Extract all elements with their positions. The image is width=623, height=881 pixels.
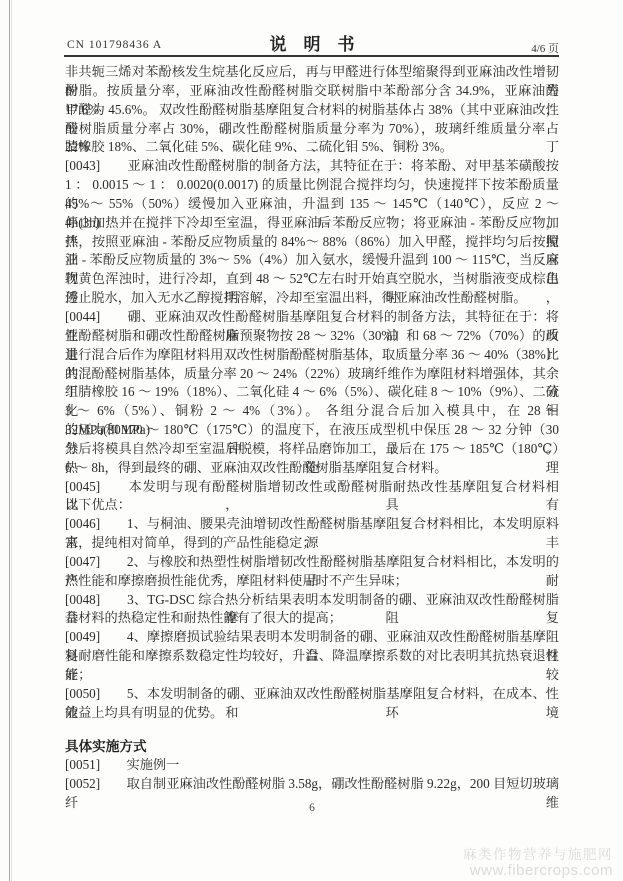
text-line: 油 - 苯酚反应物质量的 3%～ 5%（4%）加入氨水，缓慢升温到 100 ～ … (65, 251, 559, 270)
scan-edge-line-light (11, 0, 12, 881)
text-line: 丁腈橡胶 16 ～ 19%（18%）、二氧化硅 4 ～ 6%（5%）、碳化硅 8… (65, 383, 559, 402)
specification-body: 非共轭三烯对苯酚核发生烷基化反应后，再与甲醛进行体型缩聚得到亚麻油改性增韧酚醛 … (65, 63, 559, 794)
watermark: 麻类作物营养与施肥网 www.fibercrops.com (463, 848, 613, 879)
text-line: 3 ～ 6%（5%）、铜粉 2 ～ 4%（3%）。 各组分混合后加入模具中，在 … (65, 402, 559, 421)
section-heading-embodiments: 具体实施方式 (65, 738, 559, 757)
page-header: CN 101798436 A 说 明 书 4/6 页 (65, 30, 559, 54)
text-line: 停止脱水，加入无水乙醇搅拌溶解，冷却至室温出料，得亚麻油改性酚醛树脂。 (65, 289, 559, 308)
paragraph-0052-line: [0052] 取自制亚麻油改性酚醛树脂 3.58g，硼改性酚醛树脂 9.22g，… (65, 775, 559, 794)
text-line: 非共轭三烯对苯酚核发生烷基化反应后，再与甲醛进行体型缩聚得到亚麻油改性增韧酚醛 (65, 63, 559, 82)
scan-edge-line (9, 0, 10, 881)
watermark-site-name: 麻类作物营养与施肥网 (463, 848, 613, 863)
paragraph-0043-line: [0043] 亚麻油改性酚醛树脂的制备方法，其特征在于：将苯酚、对甲基苯磺酸按 (65, 157, 559, 176)
text-line: 现黄色浑浊时，进行冷却，直到 48 ～ 52℃左右时开始真空脱水，当树脂液变成棕… (65, 270, 559, 289)
paragraph-0046-line: [0046] 1、与桐油、腰果壳油增韧改性酚醛树脂基摩阻复合材料相比，本发明原料… (65, 515, 559, 534)
text-line: 的压力和 170 ～ 180℃（175℃）的温度下，在液压成型机中保压 28 ～… (65, 421, 559, 440)
watermark-site-url: www.fibercrops.com (463, 863, 613, 880)
page-number: 6 (309, 802, 315, 814)
text-line: 进行混合后作为摩阻材料用双改性树脂酚醛树脂基体，取质量分率 36 ～ 40%（3… (65, 346, 559, 365)
text-line: 1 ： 0.0015 ～ 1 ： 0.0020(0.0017) 的质量比例混合搅… (65, 176, 559, 195)
patent-specification-page: CN 101798436 A 说 明 书 4/6 页 非共轭三烯对苯酚核发生烷基… (0, 0, 623, 881)
text-line: 停止加热并在搅拌下冷却至室温，得亚麻油 - 苯酚反应物；将亚麻油 - 苯酚反应物… (65, 214, 559, 233)
paragraph-0044-line: [0044] 硼、亚麻油双改性酚醛树脂基摩阻复合材料的制备方法，其特征在于：将亚… (65, 308, 559, 327)
header-divider (64, 55, 559, 57)
text-line: 性酚醛树脂和硼改性酚醛树脂预聚物按 28 ～ 32%（30%）和 68 ～ 72… (65, 327, 559, 346)
paragraph-0045-line: [0045] 本发明与现有酚醛树脂增韧改性或酚醛树脂耐热改性基摩阻复合材料相比，… (65, 478, 559, 497)
paragraph-0049-line: [0049] 4、摩擦磨损试验结果表明本发明制备的硼、亚麻油双改性酚醛树脂基摩阻… (65, 628, 559, 647)
paragraph-0051-line: [0051] 实施例一 (65, 756, 559, 775)
text-line: 树脂。按质量分率，亚麻油改性酚醛树脂交联树脂中苯酚部分含 34.9%，亚麻油为 … (65, 82, 559, 101)
document-title: 说 明 书 (65, 30, 559, 55)
text-line: 料耐磨性能和摩擦系数稳定性均较好，升温、降温摩擦系数的对比表明其抗热衰退性能较 (65, 647, 559, 666)
text-line: 醛树脂质量分率占 30%，硼改性酚醛树脂质量分率为 70%），玻璃纤维质量分率占… (65, 120, 559, 139)
page-footer: 6 (65, 802, 559, 814)
text-line: 共混酚醛树脂基体，质量分率 20 ～ 24%（22%）玻璃纤维作为摩阻材料增强体… (65, 365, 559, 384)
paragraph-0047-line: [0047] 2、与橡胶和热塑性树脂增韧改性酚醛树脂基摩阻复合材料相比，本发明的… (65, 553, 559, 572)
text-line: 甲醛为 45.6%。 双改性酚醛树脂基摩阻复合材料的树脂基体占 38%（其中亚麻… (65, 101, 559, 120)
text-line: 拌，按照亚麻油 - 苯酚反应物质量的 84%～ 88%（86%）加入甲醛，搅拌均… (65, 233, 559, 252)
text-line: 然后将模具自然冷却至室温后脱模，将样品磨饰加工，最后在 175 ～ 185℃（1… (65, 440, 559, 459)
page-indicator: 4/6 页 (531, 40, 559, 56)
paragraph-0048-line: [0048] 3、TG-DSC 综合热分析结果表明本发明制备的硼、亚麻油双改性酚… (65, 591, 559, 610)
paragraph-0050-line: [0050] 5、本发明制备的硼、亚麻油双改性酚醛树脂基摩阻复合材料，在成本、性… (65, 685, 559, 704)
text-line: 45%～ 55%（50%）缓慢加入亚麻油，升温到 135 ～ 145℃（140℃… (65, 195, 559, 214)
